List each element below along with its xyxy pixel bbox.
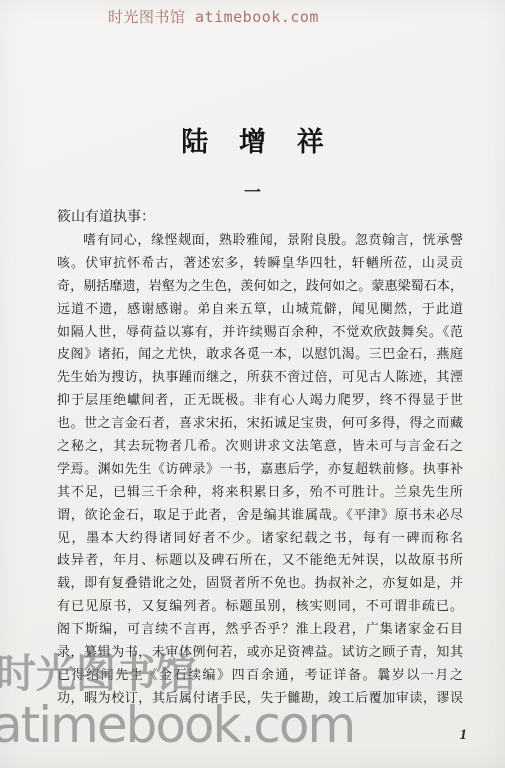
body-line: 阁下斯编，可言续不言再，然乎否乎？淮上段君，广集诸家金石目 [57,618,463,641]
body-line: 有已见原书，又复编列者。标题虽别，核实则同，不可谓非疏已。 [57,595,463,618]
body-line: 也。世之言金石者，喜求宋拓，宋拓诚足宝贵，何可多得，得之而藏 [57,412,463,435]
body-line: 之秘之，其去玩物者几希。次则讲求文法笔意，皆未可与言金石之 [57,435,463,458]
watermark-top: 时光图书馆 atimebook.com [108,6,319,27]
body-line: 学焉。渊如先生《访碑录》一书，嘉惠后学，亦复超轶前修。执事补 [57,458,463,481]
page-number: 1 [460,727,468,744]
body-line: 歧异者，年月、标题以及碑石所在，又不能绝无舛误，以故原书所 [57,549,463,572]
body-line: 谓，欲论金石，取足于此者，舍是编其谁属哉。《平津》原书未必尽 [57,504,463,527]
letter-lines: 嗜有同心，缘悭觌面，熟聆雅闻，景附良殷。忽贲翰言，恍承謦咳。伏审抗怀希古，著述宏… [57,229,463,710]
page-title: 陆 增 祥 [0,120,505,159]
body-line: 远道不遗，感谢感谢。弟自来五筸，山城荒僻，闻见闃然，于此道 [57,298,463,321]
letter-salutation: 筱山有道执事： [57,206,463,229]
letter-body: 筱山有道执事： 嗜有同心，缘悭觌面，熟聆雅闻，景附良殷。忽贲翰言，恍承謦咳。伏审… [57,206,463,710]
scanned-book-page: 时光图书馆 atimebook.com 陆 增 祥 一 筱山有道执事： 嗜有同心… [0,0,505,768]
body-line: 抑于层厓绝巘间者，正无既极。非有心人竭力爬罗，终不得显于世 [57,389,463,412]
body-line: 载，即有复叠错讹之处，固贤者所不免也。㧑叔补之，亦复如是，并 [57,572,463,595]
body-line: 见，墨本大约得诸同好者不少。诸家纪载之书，每有一碑而称名 [57,527,463,550]
watermark-bottom-chinese: 时光图书馆 [0,642,196,699]
body-line: 其不足，已辑三千余种，将来积累日多，殆不可胜计。兰泉先生所 [57,481,463,504]
body-line: 嗜有同心，缘悭觌面，熟聆雅闻，景附良殷。忽贲翰言，恍承謦 [57,229,463,252]
body-line: 奇，剔括靡遗，岩壑为之生色，羡何如之，跂何如之。蒙惠梁蜀石本， [57,275,463,298]
section-number: 一 [0,178,505,203]
watermark-bottom-url: atimebook.com [0,696,354,754]
body-line: 咳。伏审抗怀希古，著述宏多，转瞬皇华四牡，轩輶所莅，山灵贡 [57,252,463,275]
body-line: 如隔人世，辱荷益以寡有，并许续赐百余种，不觉欢欣鼓舞矣。《范 [57,321,463,344]
body-line: 皮阁》诸拓，闻之尤快，敢求各觅一本，以慰饥渴。三巴金石，燕庭 [57,343,463,366]
body-line: 先生始为搜访，执事踵而继之，所获不啻过倍，可见古人陈迹，其湮 [57,366,463,389]
